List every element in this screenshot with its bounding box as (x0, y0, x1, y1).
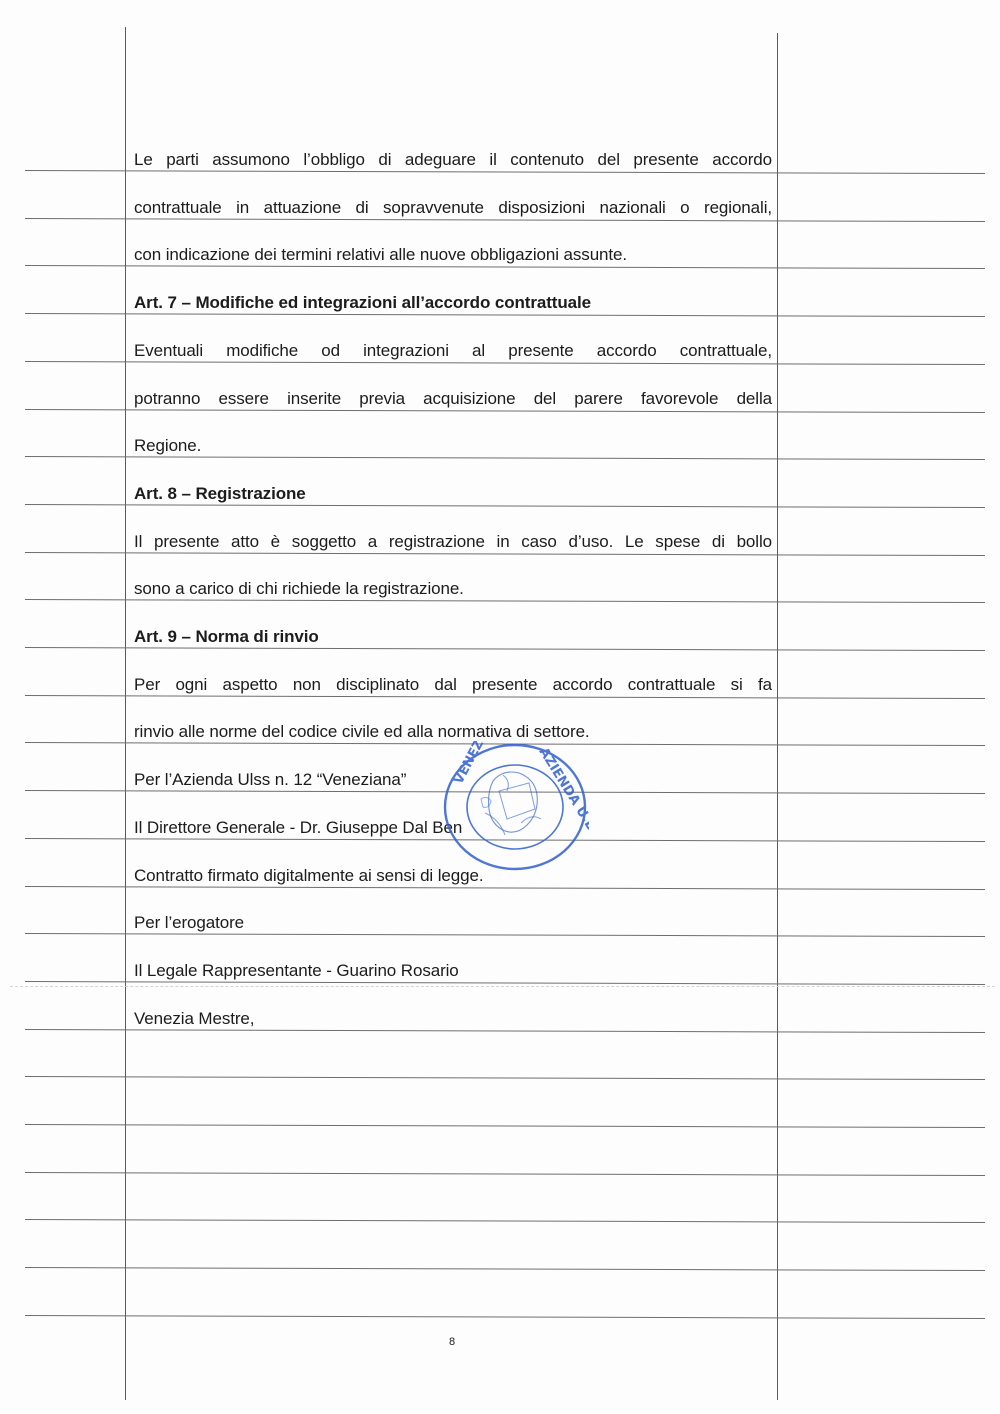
ruled-line (25, 1076, 985, 1080)
ruled-line (25, 933, 985, 937)
text-line: contrattuale in attuazione di sopravvenu… (134, 198, 772, 218)
ruled-line (25, 456, 985, 460)
text-line: potranno essere inserite previa acquisiz… (134, 389, 772, 409)
ruled-line (25, 695, 985, 699)
ruled-line (25, 361, 985, 365)
page-number: 8 (440, 1336, 464, 1348)
ruled-line (25, 1219, 985, 1223)
ruled-line (25, 886, 985, 890)
ruled-line (25, 599, 985, 603)
ruled-line (25, 1029, 985, 1033)
text-line: Per ogni aspetto non disciplinato dal pr… (134, 675, 772, 695)
text-line: sono a carico di chi richiede la registr… (134, 579, 772, 599)
ruled-line (25, 265, 985, 269)
faint-scan-line (10, 986, 995, 987)
text-line: Il presente atto è soggetto a registrazi… (134, 532, 772, 552)
left-margin-rule (125, 27, 126, 1400)
text-line: Eventuali modifiche od integrazioni al p… (134, 341, 772, 361)
ruled-line (25, 552, 985, 556)
text-line: Le parti assumono l’obbligo di adeguare … (134, 150, 772, 170)
ruled-line (25, 1124, 985, 1128)
text-line: Regione. (134, 436, 772, 456)
document-page: Le parti assumono l’obbligo di adeguare … (0, 0, 1000, 1414)
ruled-line (25, 1315, 985, 1319)
right-margin-rule (777, 33, 778, 1400)
ruled-line (25, 647, 985, 651)
text-line: Per l’erogatore (134, 913, 772, 933)
text-line: rinvio alle norme del codice civile ed a… (134, 722, 772, 742)
article-heading: Art. 7 – Modifiche ed integrazioni all’a… (134, 293, 772, 313)
ruled-line (25, 504, 985, 508)
official-stamp-icon: VENEZIANA AZIENDA U.L.S.S. 12 (441, 741, 589, 873)
article-heading: Art. 9 – Norma di rinvio (134, 627, 772, 647)
text-line: Il Legale Rappresentante - Guarino Rosar… (134, 961, 772, 981)
ruled-line (25, 1267, 985, 1271)
ruled-line (25, 409, 985, 413)
text-line: con indicazione dei termini relativi all… (134, 245, 772, 265)
article-heading: Art. 8 – Registrazione (134, 484, 772, 504)
ruled-line (25, 1172, 985, 1176)
ruled-line (25, 313, 985, 317)
ruled-line (25, 170, 985, 174)
ruled-line (25, 218, 985, 222)
text-line: Venezia Mestre, (134, 1009, 772, 1029)
ruled-line (25, 981, 985, 985)
